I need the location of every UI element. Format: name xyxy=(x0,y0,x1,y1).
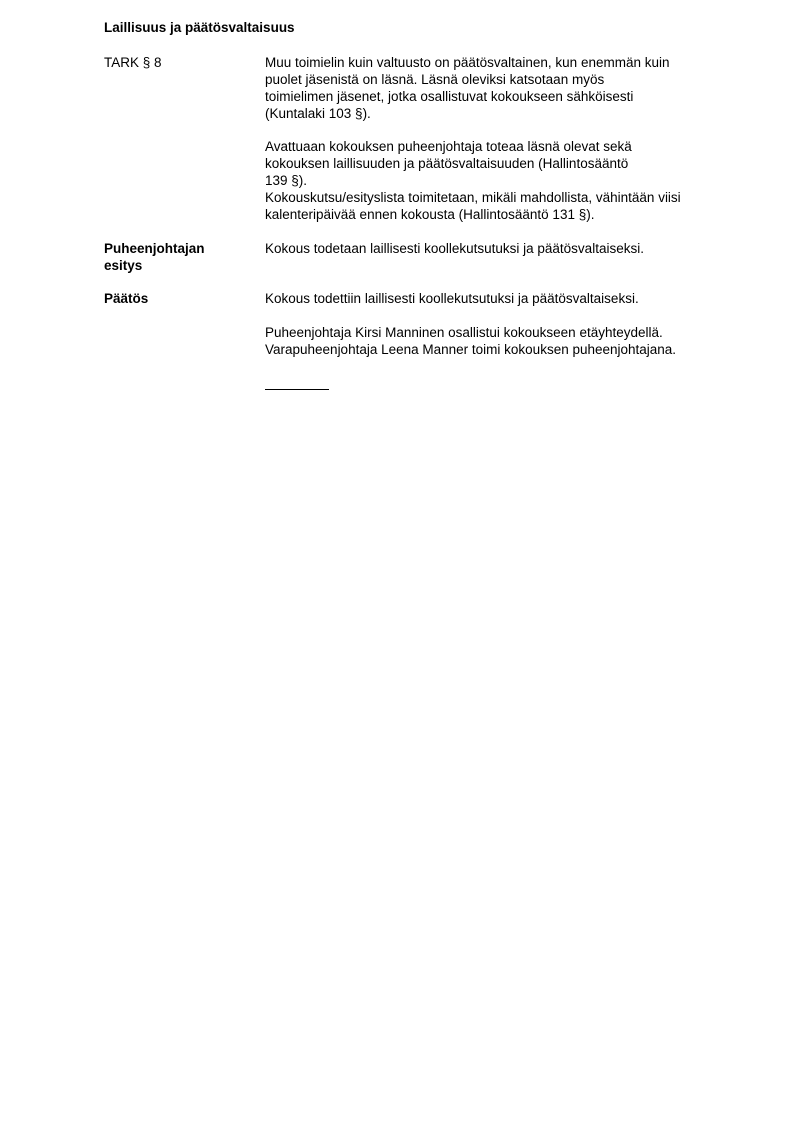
document-page: Laillisuus ja päätösvaltaisuus TARK § 8 … xyxy=(0,0,794,1122)
text-line: puolet jäsenistä on läsnä. Läsnä oleviks… xyxy=(265,71,725,88)
section-label-proposal: Puheenjohtajan esitys xyxy=(104,240,205,274)
text-line: kokouksen laillisuuden ja päätösvaltaisu… xyxy=(265,155,725,172)
section-body-tark-2: Avattuaan kokouksen puheenjohtaja toteaa… xyxy=(265,138,725,223)
label-line: esitys xyxy=(104,257,205,274)
section-body-proposal: Kokous todetaan laillisesti koollekutsut… xyxy=(265,240,725,257)
text-line: Puheenjohtaja Kirsi Manninen osallistui … xyxy=(265,324,725,341)
section-label-decision: Päätös xyxy=(104,290,148,307)
section-label-tark: TARK § 8 xyxy=(104,54,162,71)
text-line: Muu toimielin kuin valtuusto on päätösva… xyxy=(265,54,725,71)
label-line: Puheenjohtajan xyxy=(104,240,205,257)
text-line: toimielimen jäsenet, jotka osallistuvat … xyxy=(265,88,725,105)
text-line: 139 §). xyxy=(265,172,725,189)
section-body-tark: Muu toimielin kuin valtuusto on päätösva… xyxy=(265,54,725,122)
text-line: (Kuntalaki 103 §). xyxy=(265,105,725,122)
page-title: Laillisuus ja päätösvaltaisuus xyxy=(104,20,295,35)
signature-divider xyxy=(265,389,329,390)
section-body-decision-2: Puheenjohtaja Kirsi Manninen osallistui … xyxy=(265,324,725,358)
text-line: Kokous todettiin laillisesti koollekutsu… xyxy=(265,290,725,307)
section-body-decision: Kokous todettiin laillisesti koollekutsu… xyxy=(265,290,725,307)
text-line: Kokouskutsu/esityslista toimitetaan, mik… xyxy=(265,189,725,206)
text-line: kalenteripäivää ennen kokousta (Hallinto… xyxy=(265,206,725,223)
text-line: Kokous todetaan laillisesti koollekutsut… xyxy=(265,240,725,257)
text-line: Varapuheenjohtaja Leena Manner toimi kok… xyxy=(265,341,725,358)
text-line: Avattuaan kokouksen puheenjohtaja toteaa… xyxy=(265,138,725,155)
